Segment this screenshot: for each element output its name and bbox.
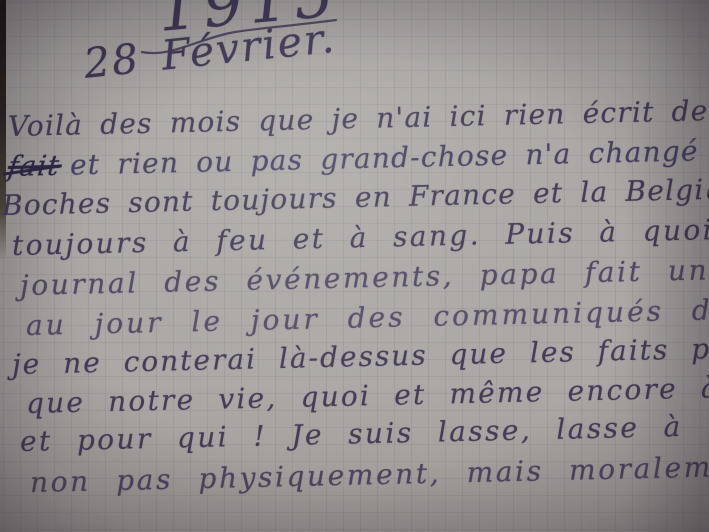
- struck-word: fait: [6, 149, 62, 184]
- diary-page-photo: 1915 28 Février. Voilà des mois que je n…: [0, 0, 709, 532]
